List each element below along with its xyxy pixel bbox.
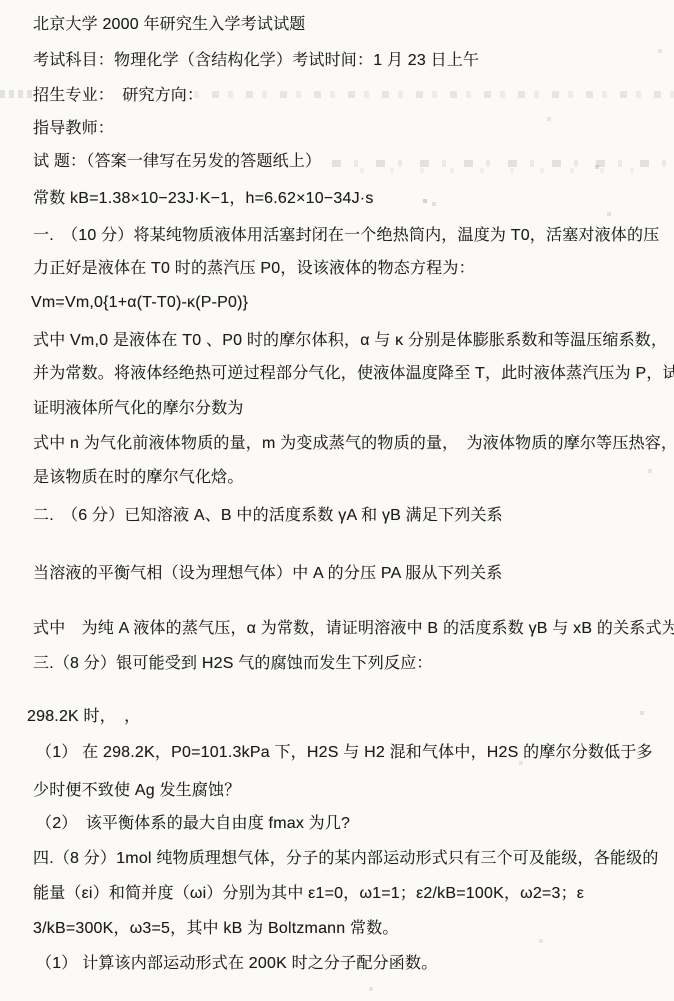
q1-equation-line: Vm=Vm,0{1+α(T-T0)-κ(P-P0)} xyxy=(31,292,248,314)
exam-title-line: 北京大学 2000 年研究生入学考试试题 xyxy=(33,14,306,36)
q1-note-line-5: 是该物质在时的摩尔气化焓。 xyxy=(33,467,244,489)
q3-part1-line-1: （1） 在 298.2K，P0=101.3kPa 下，H2S 与 H2 混和气体… xyxy=(36,742,653,764)
q4-stem-line-3: 3/kB=300K，ω3=5，其中 kB 为 Boltzmann 常数。 xyxy=(33,918,399,940)
scan-smudge-band xyxy=(0,90,34,98)
q3-part2-line: （2） 该平衡体系的最大自由度 fmax 为几? xyxy=(36,813,350,835)
scan-smudge-band xyxy=(360,168,660,173)
q3-stem-line: 三.（8 分）银可能受到 H2S 气的腐蚀而发生下列反应： xyxy=(33,653,433,675)
q2-body-line-1: 当溶液的平衡气相（设为理想气体）中 A 的分压 PA 服从下列关系 xyxy=(33,563,502,585)
q1-stem-line-1: 一. （10 分）将某纯物质液体用活塞封闭在一个绝热筒内，温度为 T0，活塞对液… xyxy=(33,225,659,247)
q1-note-line-2: 并为常数。将液体经绝热可逆过程部分气化，使液体温度降至 T，此时液体蒸汽压为 P… xyxy=(33,363,674,385)
q2-stem-line: 二. （6 分）已知溶液 A、B 中的活度系数 γA 和 γB 满足下列关系 xyxy=(33,505,503,527)
q1-note-line-1: 式中 Vm,0 是液体在 T0 、P0 时的摩尔体积，α 与 κ 分别是体膨胀系… xyxy=(33,330,667,352)
scan-smudge-band xyxy=(178,91,674,98)
q2-body-line-2: 式中 为纯 A 液体的蒸气压，α 为常数，请证明溶液中 B 的活度系数 γB 与… xyxy=(33,618,674,640)
q3-condition-line: 298.2K 时， ， xyxy=(27,706,140,728)
subject-time-line: 考试科目：物理化学（含结构化学）考试时间：1 月 23 日上午 xyxy=(33,50,479,72)
constants-line: 常数 kB=1.38×10−23J·K−1，h=6.62×10−34J·s xyxy=(33,188,374,210)
advisor-line: 指导教师： xyxy=(33,118,114,140)
q1-note-line-4: 式中 n 为气化前液体物质的量，m 为变成蒸气的物质的量， 为液体物质的摩尔等压… xyxy=(33,433,674,455)
q1-stem-line-2: 力正好是液体在 T0 时的蒸汽压 P0，设该液体的物态方程为： xyxy=(33,258,475,280)
q4-stem-line-2: 能量（εi）和简并度（ωi）分别为其中 ε1=0，ω1=1；ε2/kB=100K… xyxy=(33,883,584,905)
exam-instructions-line: 试 题：（答案一律写在另发的答题纸上） xyxy=(33,151,321,173)
scan-smudge-band xyxy=(332,160,674,167)
major-direction-line: 招生专业： 研究方向： xyxy=(33,85,203,107)
scan-noise-specks xyxy=(0,0,2,2)
exam-paper-page: 北京大学 2000 年研究生入学考试试题 考试科目：物理化学（含结构化学）考试时… xyxy=(0,0,674,1001)
q1-note-line-3: 证明液体所气化的摩尔分数为 xyxy=(33,398,244,420)
q3-part1-line-2: 少时便不致使 Ag 发生腐蚀？ xyxy=(33,780,240,802)
q4-part1-line: （1） 计算该内部运动形式在 200K 时之分子配分函数。 xyxy=(36,953,437,975)
q4-stem-line-1: 四.（8 分）1mol 纯物质理想气体，分子的某内部运动形式只有三个可及能级，各… xyxy=(33,848,659,870)
